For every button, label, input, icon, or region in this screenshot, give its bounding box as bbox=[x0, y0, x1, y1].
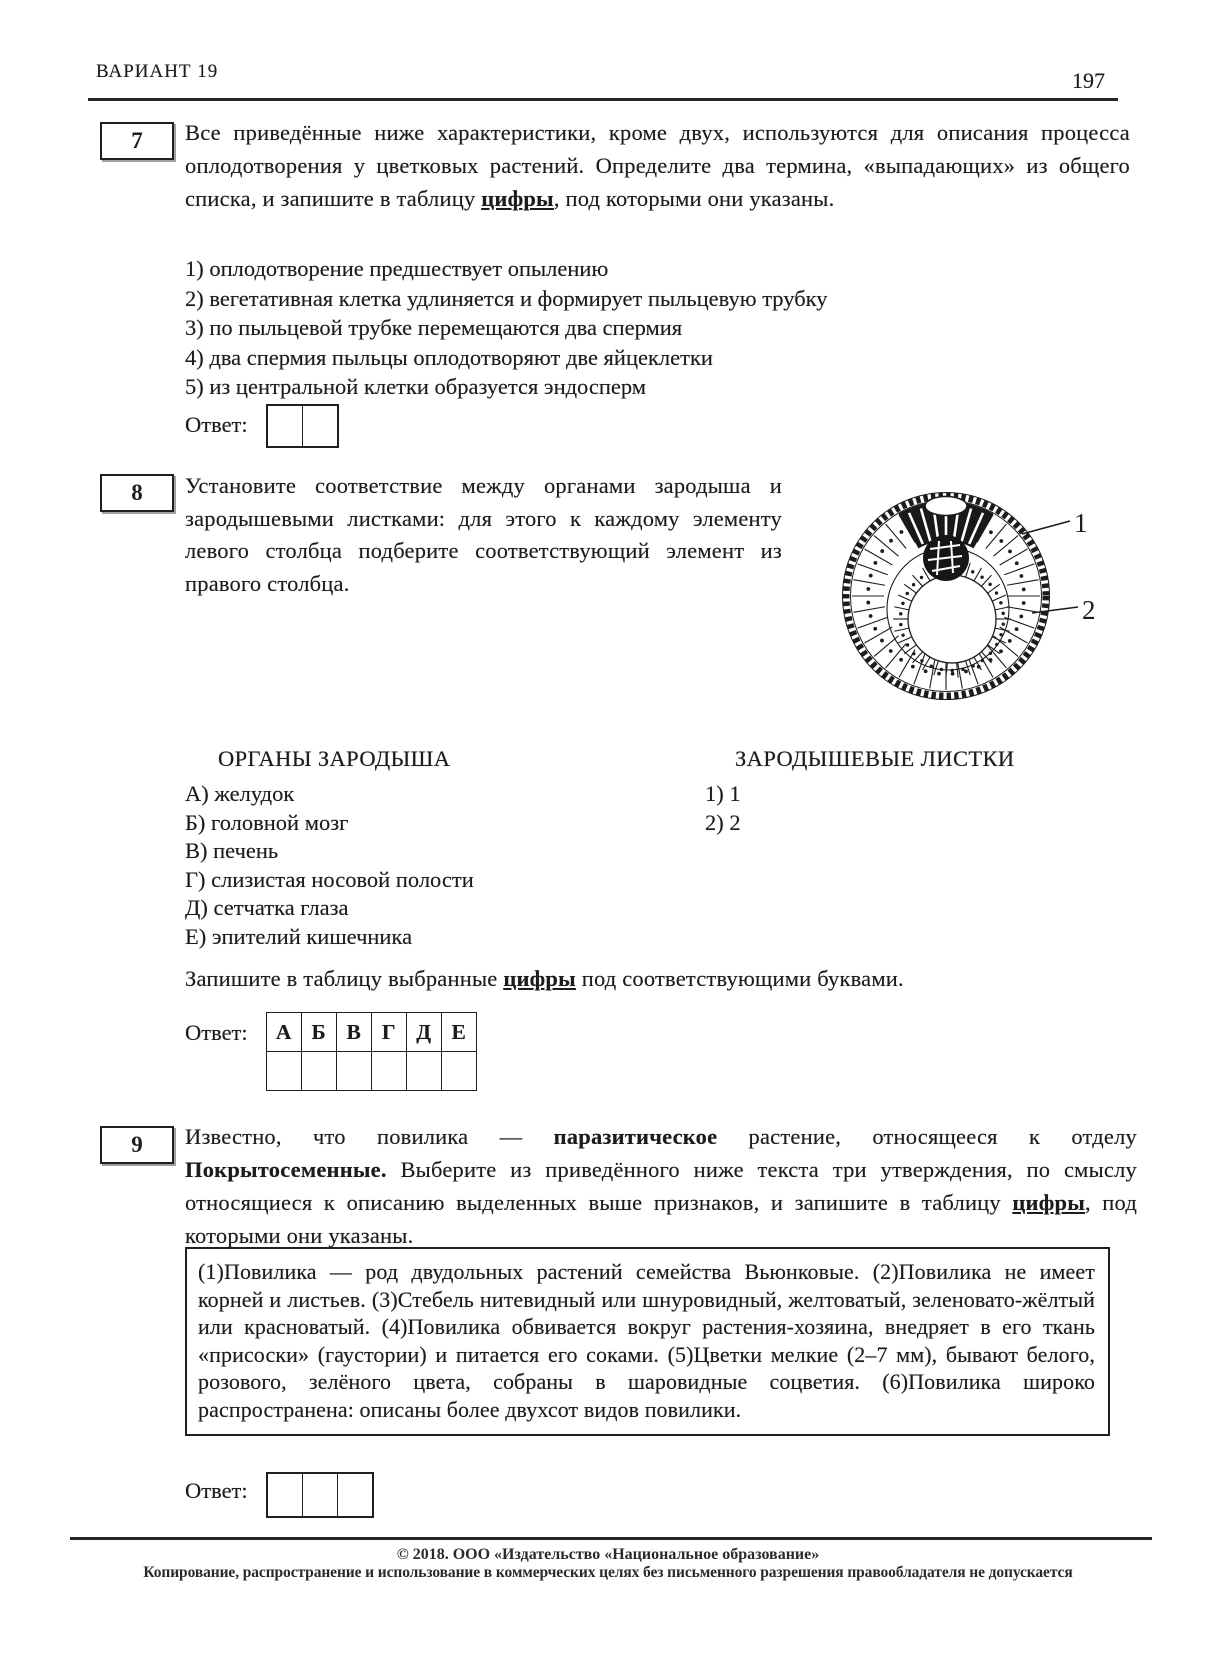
question-7-number-label: 7 bbox=[131, 128, 143, 154]
q8-left-item-e: Е) эпителий кишечника bbox=[185, 923, 474, 952]
question-9-prompt: Известно, что повилика — паразитическое … bbox=[185, 1120, 1137, 1252]
question-8-number: 8 bbox=[100, 474, 174, 512]
q9-prompt-text-2: растение, относящееся к отделу bbox=[717, 1124, 1137, 1149]
q8-right-item-2: 2) 2 bbox=[705, 809, 741, 838]
q8-header-cell-e: Е bbox=[441, 1013, 476, 1052]
q9-answer-cell-3[interactable] bbox=[337, 1474, 372, 1516]
q9-prompt-bold-1: паразитическое bbox=[554, 1124, 718, 1149]
q8-answer-table: А Б В Г Д Е bbox=[266, 1012, 477, 1091]
question-9-answer-row: Ответ: bbox=[185, 1470, 374, 1518]
q8-answer-header-row: А Б В Г Д Е bbox=[266, 1013, 476, 1052]
q8-left-item-a: А) желудок bbox=[185, 780, 474, 809]
q9-answer-cell-2[interactable] bbox=[302, 1474, 337, 1516]
question-8-answer-row: Ответ: А Б В Г Д Е bbox=[185, 1012, 477, 1091]
question-7-answer-row: Ответ: bbox=[185, 404, 339, 448]
figure-label-2: 2 bbox=[1082, 595, 1096, 625]
q8-header-cell-b: Б bbox=[301, 1013, 336, 1052]
q7-option-2: 2) вегетативная клетка удлиняется и форм… bbox=[185, 284, 828, 314]
q8-answer-label: Ответ: bbox=[185, 1012, 248, 1054]
q8-answer-cell-b[interactable] bbox=[301, 1052, 336, 1091]
q8-left-item-d: Д) сетчатка глаза bbox=[185, 894, 474, 923]
q8-answer-cell-d[interactable] bbox=[406, 1052, 441, 1091]
q8-answer-input-row bbox=[266, 1052, 476, 1091]
q8-header-cell-g: Г bbox=[371, 1013, 406, 1052]
q9-answer-label: Ответ: bbox=[185, 1470, 248, 1512]
figure-label-1: 1 bbox=[1074, 508, 1088, 538]
q8-answer-cell-a[interactable] bbox=[266, 1052, 301, 1091]
q8-left-item-v: В) печень bbox=[185, 837, 474, 866]
q7-prompt-tail: , под которыми они указаны. bbox=[554, 186, 835, 211]
footer-rule bbox=[70, 1537, 1152, 1540]
question-7-prompt: Все приведённые ниже характеристики, кро… bbox=[185, 116, 1130, 215]
footer-legal-notice: Копирование, распространение и использов… bbox=[0, 1564, 1216, 1582]
q8-answer-cell-v[interactable] bbox=[336, 1052, 371, 1091]
blastopore-opening bbox=[925, 497, 967, 516]
q7-prompt-emphasis: цифры bbox=[481, 186, 554, 211]
q8-left-item-g: Г) слизистая носовой полости bbox=[185, 866, 474, 895]
q8-left-column-header: ОРГАНЫ ЗАРОДЫША bbox=[218, 746, 450, 772]
q8-right-column-header: ЗАРОДЫШЕВЫЕ ЛИСТКИ bbox=[735, 746, 1015, 772]
footer-copyright: © 2018. ООО «Издательство «Национальное … bbox=[0, 1546, 1216, 1564]
question-7-options: 1) оплодотворение предшествует опылению … bbox=[185, 254, 828, 402]
q7-answer-label: Ответ: bbox=[185, 404, 248, 446]
leader-line-2 bbox=[1032, 607, 1078, 613]
q8-left-item-b: Б) головной мозг bbox=[185, 809, 474, 838]
q8-answer-cell-g[interactable] bbox=[371, 1052, 406, 1091]
q9-prompt-emphasis: цифры bbox=[1012, 1190, 1085, 1215]
q8-right-item-1: 1) 1 bbox=[705, 780, 741, 809]
q9-prompt-bold-2: Покрытосеменные. bbox=[185, 1157, 387, 1182]
question-7-number: 7 bbox=[100, 122, 174, 160]
q9-answer-cell-1[interactable] bbox=[268, 1474, 302, 1516]
q8-header-cell-v: В bbox=[336, 1013, 371, 1052]
variant-label: ВАРИАНТ 19 bbox=[96, 61, 218, 83]
page-number: 197 bbox=[1072, 68, 1105, 94]
q8-instruction-emphasis: цифры bbox=[503, 966, 576, 991]
q9-text-passage: (1)Повилика — род двудольных растений се… bbox=[185, 1247, 1110, 1436]
question-9-number-label: 9 bbox=[131, 1132, 143, 1158]
question-8-instruction: Запишите в таблицу выбранные цифры под с… bbox=[185, 962, 1137, 995]
question-9-number: 9 bbox=[100, 1126, 174, 1164]
q8-answer-cell-e[interactable] bbox=[441, 1052, 476, 1091]
scanned-exam-page: ВАРИАНТ 19 197 7 Все приведённые ниже ха… bbox=[0, 0, 1216, 1654]
q9-prompt-text-1: Известно, что повилика — bbox=[185, 1124, 554, 1149]
q8-header-cell-a: А bbox=[266, 1013, 301, 1052]
q7-option-5: 5) из центральной клетки образуется эндо… bbox=[185, 372, 828, 402]
q7-answer-cell-1[interactable] bbox=[268, 406, 302, 446]
q8-instruction-text: Запишите в таблицу выбранные bbox=[185, 966, 503, 991]
question-8-prompt: Установите соответствие между органами з… bbox=[185, 470, 782, 600]
q7-option-3: 3) по пыльцевой трубке перемещаются два … bbox=[185, 313, 828, 343]
gastrula-embryo-figure: 1 2 bbox=[836, 477, 1118, 713]
q7-option-1: 1) оплодотворение предшествует опылению bbox=[185, 254, 828, 284]
question-8-number-label: 8 bbox=[131, 480, 143, 506]
q7-answer-boxes bbox=[266, 404, 339, 448]
header-rule bbox=[88, 98, 1118, 101]
q7-option-4: 4) два спермия пыльцы оплодотворяют две … bbox=[185, 343, 828, 373]
q7-answer-cell-2[interactable] bbox=[302, 406, 337, 446]
leader-line-1 bbox=[1022, 521, 1070, 534]
q9-answer-boxes bbox=[266, 1472, 374, 1518]
q8-instruction-tail: под соответствующими буквами. bbox=[576, 966, 904, 991]
q8-header-cell-d: Д bbox=[406, 1013, 441, 1052]
q8-left-column-items: А) желудок Б) головной мозг В) печень Г)… bbox=[185, 780, 474, 951]
q8-right-column-items: 1) 1 2) 2 bbox=[705, 780, 741, 837]
